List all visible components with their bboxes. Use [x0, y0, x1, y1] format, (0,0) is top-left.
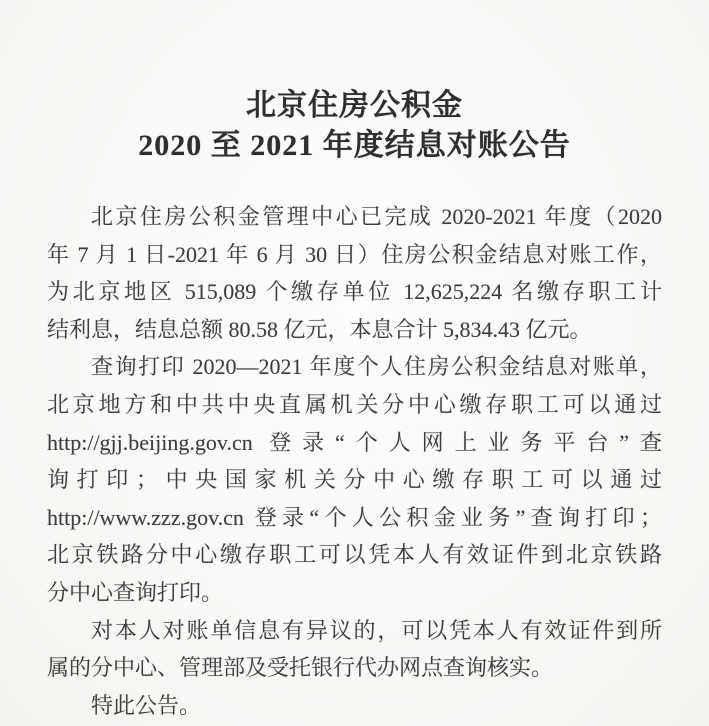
document-title-line-2: 2020 至 2021 年度结息对账公告: [0, 126, 709, 166]
document-line: http://www.zzz.gov.cn 登录“个人公积金业务”查询打印；: [47, 499, 662, 537]
document-body: 北京住房公积金管理中心已完成 2020-2021 年度（2020 年 7 月 1…: [47, 198, 662, 724]
document-title: 北京住房公积金 2020 至 2021 年度结息对账公告: [0, 0, 709, 166]
document-title-line-1: 北京住房公积金: [0, 86, 709, 126]
document-page: 北京住房公积金 2020 至 2021 年度结息对账公告 北京住房公积金管理中心…: [0, 0, 709, 726]
document-line: 查询打印 2020—2021 年度个人住房公积金结息对账单，: [47, 348, 662, 386]
document-line: 北京地方和中共中央直属机关分中心缴存职工可以通过: [47, 386, 662, 424]
document-line: http://gjj.beijing.gov.cn 登录“个人网上业务平台”查: [47, 424, 662, 462]
document-line: 为北京地区 515,089 个缴存单位 12,625,224 名缴存职工计: [47, 273, 662, 311]
document-line: 北京铁路分中心缴存职工可以凭本人有效证件到北京铁路: [47, 536, 662, 574]
document-line: 北京住房公积金管理中心已完成 2020-2021 年度（2020: [47, 198, 662, 236]
document-line: 年 7 月 1 日-2021 年 6 月 30 日）住房公积金结息对账工作，: [47, 236, 662, 274]
document-line: 对本人对账单信息有异议的，可以凭本人有效证件到所: [47, 612, 662, 650]
document-line: 属的分中心、管理部及受托银行代办网点查询核实。: [47, 649, 662, 687]
document-line: 特此公告。: [47, 687, 662, 725]
document-line: 结利息，结息总额 80.58 亿元，本息合计 5,834.43 亿元。: [47, 311, 662, 349]
document-line: 分中心查询打印。: [47, 574, 662, 612]
document-line: 询打印；中央国家机关分中心缴存职工可以通过: [47, 461, 662, 499]
